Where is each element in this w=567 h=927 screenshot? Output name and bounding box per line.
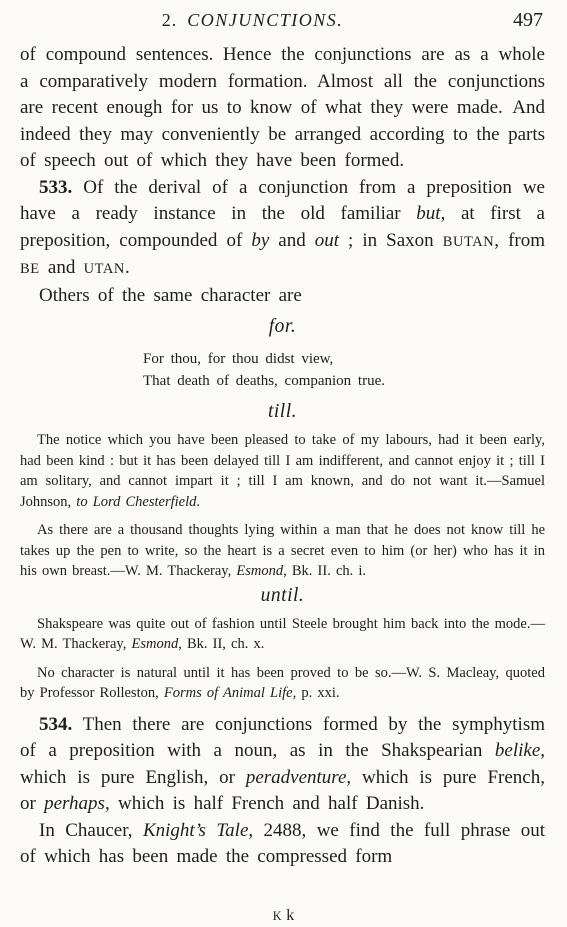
text-segment: perhaps (44, 793, 105, 814)
heading-for: for. (20, 315, 545, 339)
running-title-text: CONJUNCTIONS. (187, 10, 343, 30)
paragraph-533: 533. Of the derival of a conjunction fro… (20, 175, 545, 283)
text-segment: by (251, 230, 269, 251)
signature-mark: K k (273, 908, 294, 924)
quote-thackeray-esmond-bk2-ch10: Shakspeare was quite out of fashion unti… (20, 614, 545, 655)
page-number: 497 (513, 8, 543, 32)
text-segment: BE (20, 261, 40, 277)
text-segment: , from (494, 230, 545, 251)
text-segment: belike (495, 740, 540, 761)
text-segment: out (315, 230, 339, 251)
text-segment: , which is half French and half Danish. (105, 793, 424, 814)
text-segment: . (196, 494, 200, 510)
text-segment: of compound sentences. Hence the conjunc… (20, 44, 545, 171)
quote-samuel-johnson: The notice which you have been pleased t… (20, 430, 545, 512)
running-title: 2.CONJUNCTIONS. (20, 8, 545, 32)
paragraph-chaucer: In Chaucer, Knight’s Tale, 2488, we find… (20, 818, 545, 871)
text-segment: but (416, 203, 440, 224)
text-segment: ; in Saxon (339, 230, 443, 251)
text-segment: to Lord Chesterfield (76, 494, 196, 510)
text-segment: 533. (39, 177, 72, 198)
verse-quote-for: For thou, for thou didst view, That deat… (143, 349, 545, 392)
text-segment: , Bk. II. ch. i. (283, 563, 366, 579)
text-segment: K (273, 909, 282, 923)
text-segment: Forms of Animal Life (164, 685, 293, 701)
text-segment: and (269, 230, 315, 251)
paragraph-compound-sentences: of compound sentences. Hence the conjunc… (20, 42, 545, 175)
text-segment: UTAN (84, 261, 125, 277)
paragraph-534: 534. Then there are conjunctions formed … (20, 712, 545, 818)
text-segment: and (40, 257, 84, 278)
text-segment: In Chaucer, (39, 820, 143, 841)
text-segment: Esmond (236, 563, 283, 579)
verse-line: For thou, for thou didst view, (143, 349, 545, 371)
text-segment: 534. (39, 714, 72, 735)
heading-until: until. (20, 584, 545, 608)
book-page: 2.CONJUNCTIONS. 497 of compound sentence… (0, 0, 567, 927)
text-segment: k (282, 907, 294, 924)
heading-till: till. (20, 400, 545, 424)
section-number: 2. (162, 10, 178, 30)
text-segment: , p. xxi. (293, 685, 340, 701)
text-segment: Knight’s Tale (143, 820, 248, 841)
text-segment: Then there are conjunctions formed by th… (20, 714, 545, 762)
quote-macleay: No character is natural until it has bee… (20, 663, 545, 704)
text-segment: Shakspeare was quite out of fashion unti… (20, 616, 545, 653)
text-segment: . (125, 257, 130, 278)
verse-line: That death of deaths, companion true. (143, 371, 545, 393)
quote-thackeray-esmond-bk2-ch1: As there are a thousand thoughts lying w… (20, 520, 545, 582)
paragraph-others-of-same-character: Others of the same character are (20, 283, 545, 310)
text-segment: Others of the same character are (39, 285, 302, 306)
text-segment: Esmond (131, 636, 178, 652)
page-header: 2.CONJUNCTIONS. 497 (20, 8, 545, 32)
text-segment: BUTAN (443, 234, 495, 250)
text-segment: peradventure (246, 767, 347, 788)
text-segment: , Bk. II, ch. x. (178, 636, 264, 652)
